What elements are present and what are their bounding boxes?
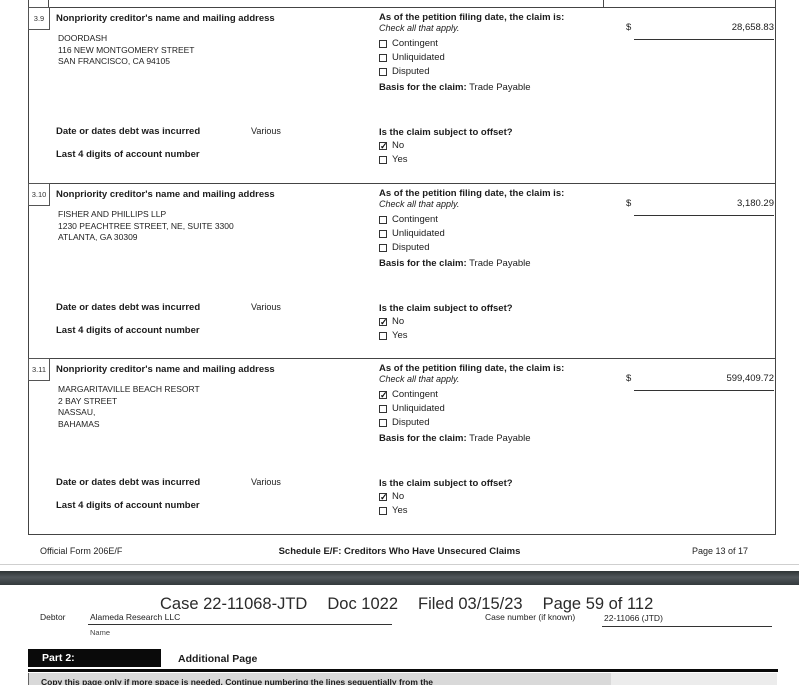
basis-value: Trade Payable <box>469 433 530 444</box>
creditor-row-3-9: 3.9 Nonpriority creditor's name and mail… <box>29 8 775 183</box>
account-number-label: Last 4 digits of account number <box>56 325 200 336</box>
claim-amount-value: 599,409.72 <box>726 373 774 384</box>
offset-question: Is the claim subject to offset? <box>379 127 513 138</box>
basis-value: Trade Payable <box>469 82 530 93</box>
date-incurred-value: Various <box>251 126 281 136</box>
name-label: Name <box>90 628 110 637</box>
disputed-label: Disputed <box>392 242 430 253</box>
offset-no-checkbox <box>379 142 387 150</box>
basis-for-claim: Basis for the claim: Trade Payable <box>379 258 531 269</box>
disputed-checkbox <box>379 419 387 427</box>
amount-underline <box>634 390 774 391</box>
part2-label: Part 2: <box>42 652 75 664</box>
offset-no-row: No <box>379 140 404 151</box>
offset-no-label: No <box>392 140 404 151</box>
contingent-checkbox <box>379 391 387 399</box>
basis-label: Basis for the claim: <box>379 82 467 93</box>
claim-header: As of the petition filing date, the clai… <box>379 12 564 23</box>
line-number: 3.9 <box>28 7 50 30</box>
court-filing-stamp: Case 22-11068-JTD Doc 1022 Filed 03/15/2… <box>160 595 653 614</box>
creditor-header: Nonpriority creditor's name and mailing … <box>56 13 275 24</box>
offset-yes-row: Yes <box>379 330 408 341</box>
offset-no-row: No <box>379 316 404 327</box>
account-number-label: Last 4 digits of account number <box>56 500 200 511</box>
part2-divider <box>28 669 778 672</box>
claim-amount-value: 28,658.83 <box>732 22 774 33</box>
contingent-label: Contingent <box>392 214 438 225</box>
offset-question: Is the claim subject to offset? <box>379 478 513 489</box>
instruction-row: Copy this page only if more space is nee… <box>28 673 778 685</box>
currency-symbol: $ <box>626 198 631 209</box>
claim-amount: $ 28,658.83 <box>626 22 774 33</box>
claim-status-column: As of the petition filing date, the clai… <box>379 184 619 358</box>
stamp-page: Page 59 of 112 <box>543 595 654 614</box>
stamp-doc: Doc 1022 <box>327 595 398 614</box>
claim-subheader: Check all that apply. <box>379 374 459 384</box>
disputed-row: Disputed <box>379 417 430 428</box>
claim-status-column: As of the petition filing date, the clai… <box>379 359 619 536</box>
address-line: DOORDASH <box>58 33 195 45</box>
form-title: Schedule E/F: Creditors Who Have Unsecur… <box>0 546 799 557</box>
basis-for-claim: Basis for the claim: Trade Payable <box>379 433 531 444</box>
claim-amount: $ 599,409.72 <box>626 373 774 384</box>
currency-symbol: $ <box>626 22 631 33</box>
contingent-row: Contingent <box>379 38 438 49</box>
disputed-row: Disputed <box>379 66 430 77</box>
disputed-label: Disputed <box>392 66 430 77</box>
offset-yes-label: Yes <box>392 154 408 165</box>
creditor-row-3-10: 3.10 Nonpriority creditor's name and mai… <box>29 183 775 358</box>
page-separator-bar <box>0 571 799 585</box>
unliquidated-checkbox <box>379 230 387 238</box>
date-incurred-value: Various <box>251 477 281 487</box>
instruction-text: Copy this page only if more space is nee… <box>41 677 433 685</box>
address-line: NASSAU, <box>58 407 200 419</box>
claim-amount-value: 3,180.29 <box>737 198 774 209</box>
page-edge-line <box>0 564 799 565</box>
unliquidated-row: Unliquidated <box>379 228 445 239</box>
date-incurred-value: Various <box>251 302 281 312</box>
address-line: 2 BAY STREET <box>58 396 200 408</box>
offset-no-label: No <box>392 491 404 502</box>
part2-title: Additional Page <box>178 653 257 665</box>
line-number: 3.11 <box>28 358 50 381</box>
address-line: FISHER AND PHILLIPS LLP <box>58 209 234 221</box>
case-number-underline <box>602 626 772 627</box>
contingent-row: Contingent <box>379 389 438 400</box>
claim-subheader: Check all that apply. <box>379 199 459 209</box>
amount-underline <box>634 215 774 216</box>
creditor-address: DOORDASH 116 NEW MONTGOMERY STREET SAN F… <box>58 33 195 68</box>
unliquidated-label: Unliquidated <box>392 52 445 63</box>
creditors-table: 3.9 Nonpriority creditor's name and mail… <box>28 7 776 535</box>
stamp-filed: Filed 03/15/23 <box>418 595 523 614</box>
date-incurred-label: Date or dates debt was incurred <box>56 126 200 137</box>
address-line: ATLANTA, GA 30309 <box>58 232 234 244</box>
offset-no-checkbox <box>379 493 387 501</box>
basis-label: Basis for the claim: <box>379 258 467 269</box>
debtor-label: Debtor <box>40 612 66 622</box>
line-number: 3.10 <box>28 183 50 206</box>
disputed-label: Disputed <box>392 417 430 428</box>
offset-yes-checkbox <box>379 507 387 515</box>
account-number-label: Last 4 digits of account number <box>56 149 200 160</box>
disputed-row: Disputed <box>379 242 430 253</box>
claim-subheader: Check all that apply. <box>379 23 459 33</box>
offset-yes-label: Yes <box>392 505 408 516</box>
offset-yes-checkbox <box>379 332 387 340</box>
claim-header: As of the petition filing date, the clai… <box>379 188 564 199</box>
creditor-address: MARGARITAVILLE BEACH RESORT 2 BAY STREET… <box>58 384 200 430</box>
offset-question: Is the claim subject to offset? <box>379 303 513 314</box>
offset-no-row: No <box>379 491 404 502</box>
document-page: 3.9 Nonpriority creditor's name and mail… <box>0 0 799 685</box>
offset-no-label: No <box>392 316 404 327</box>
basis-for-claim: Basis for the claim: Trade Payable <box>379 82 531 93</box>
creditor-header: Nonpriority creditor's name and mailing … <box>56 189 275 200</box>
offset-yes-row: Yes <box>379 154 408 165</box>
offset-no-checkbox <box>379 318 387 326</box>
instruction-cell: Copy this page only if more space is nee… <box>28 673 611 685</box>
case-number-value: 22-11066 (JTD) <box>604 613 663 623</box>
disputed-checkbox <box>379 68 387 76</box>
contingent-row: Contingent <box>379 214 438 225</box>
basis-label: Basis for the claim: <box>379 433 467 444</box>
unliquidated-label: Unliquidated <box>392 228 445 239</box>
address-line: 116 NEW MONTGOMERY STREET <box>58 45 195 57</box>
unliquidated-checkbox <box>379 54 387 62</box>
disputed-checkbox <box>379 244 387 252</box>
date-incurred-label: Date or dates debt was incurred <box>56 302 200 313</box>
basis-value: Trade Payable <box>469 258 530 269</box>
address-line: SAN FRANCISCO, CA 94105 <box>58 56 195 68</box>
address-line: MARGARITAVILLE BEACH RESORT <box>58 384 200 396</box>
amount-underline <box>634 39 774 40</box>
offset-yes-label: Yes <box>392 330 408 341</box>
debtor-underline <box>88 624 392 625</box>
creditor-header: Nonpriority creditor's name and mailing … <box>56 364 275 375</box>
contingent-label: Contingent <box>392 38 438 49</box>
contingent-label: Contingent <box>392 389 438 400</box>
contingent-checkbox <box>379 40 387 48</box>
unliquidated-row: Unliquidated <box>379 403 445 414</box>
offset-yes-row: Yes <box>379 505 408 516</box>
contingent-checkbox <box>379 216 387 224</box>
unliquidated-checkbox <box>379 405 387 413</box>
stamp-case: Case 22-11068-JTD <box>160 595 307 614</box>
address-line: 1230 PEACHTREE STREET, NE, SUITE 3300 <box>58 221 234 233</box>
claim-amount: $ 3,180.29 <box>626 198 774 209</box>
unliquidated-label: Unliquidated <box>392 403 445 414</box>
amount-header-cell <box>611 673 777 685</box>
creditor-row-3-11: 3.11 Nonpriority creditor's name and mai… <box>29 358 775 536</box>
claim-header: As of the petition filing date, the clai… <box>379 363 564 374</box>
unliquidated-row: Unliquidated <box>379 52 445 63</box>
offset-yes-checkbox <box>379 156 387 164</box>
creditor-address: FISHER AND PHILLIPS LLP 1230 PEACHTREE S… <box>58 209 234 244</box>
currency-symbol: $ <box>626 373 631 384</box>
address-line: BAHAMAS <box>58 419 200 431</box>
date-incurred-label: Date or dates debt was incurred <box>56 477 200 488</box>
page-indicator: Page 13 of 17 <box>692 546 748 556</box>
claim-status-column: As of the petition filing date, the clai… <box>379 8 619 183</box>
part2-header-box: Part 2: <box>28 649 161 667</box>
